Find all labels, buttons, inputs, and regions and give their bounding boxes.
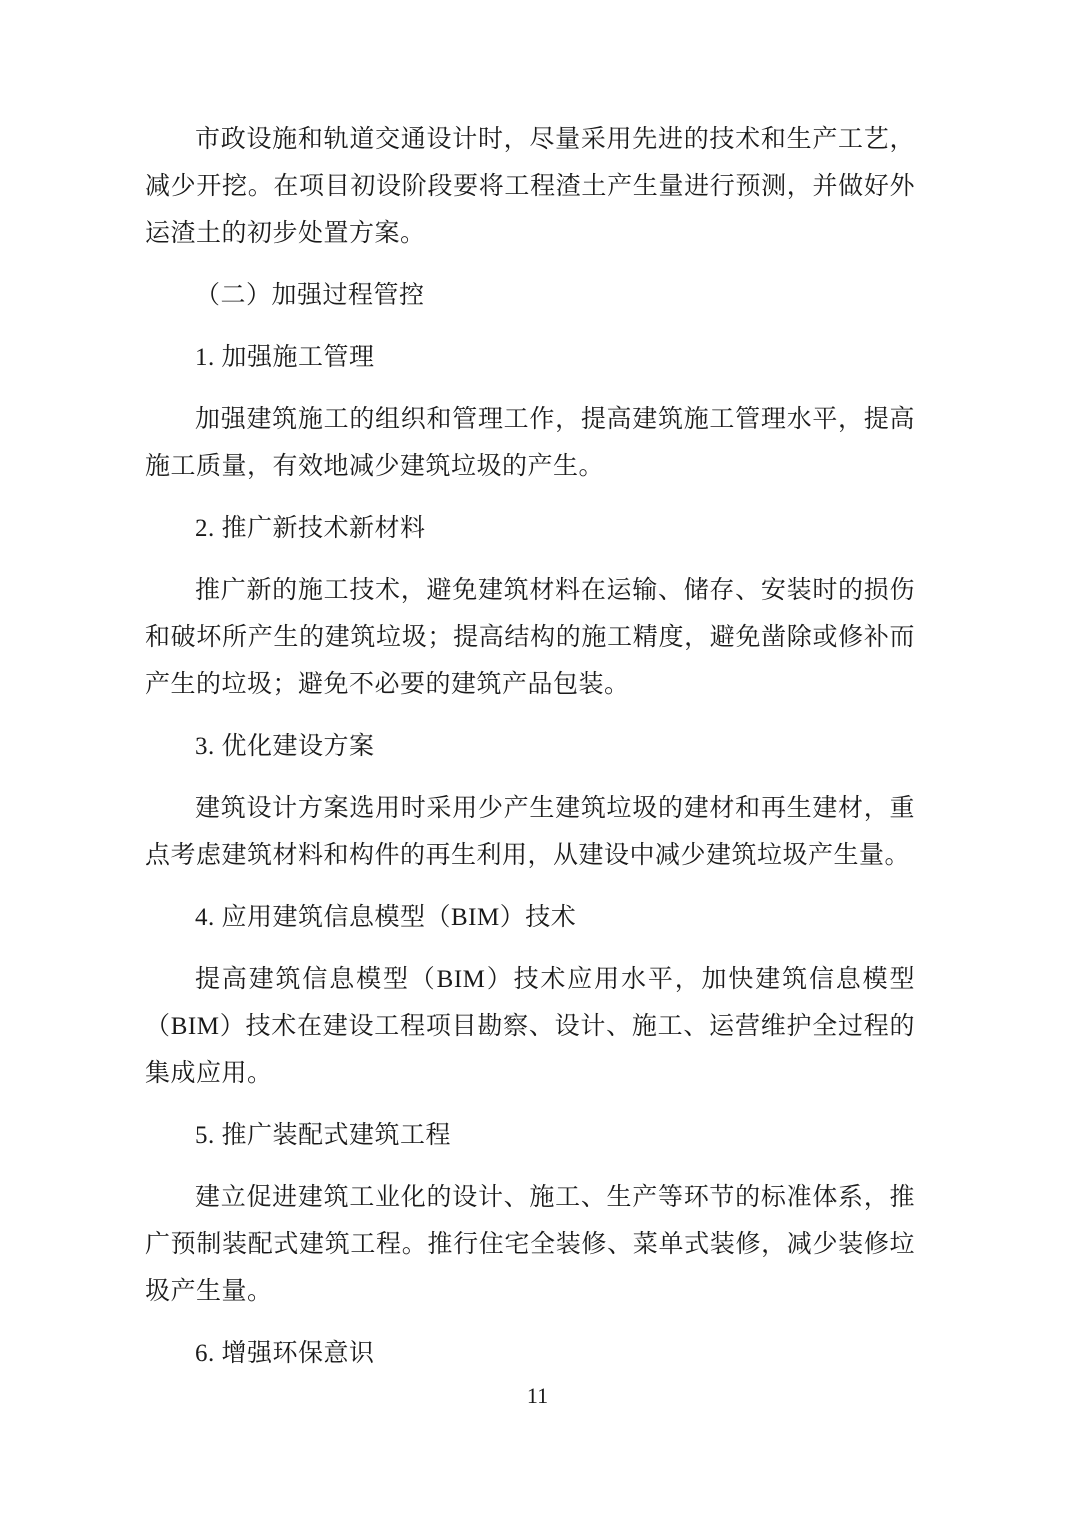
paragraph-construction-management: 加强建筑施工的组织和管理工作，提高建筑施工管理水平，提高施工质量，有效地减少建筑… xyxy=(145,396,915,490)
page-number: 11 xyxy=(0,1381,1075,1411)
paragraph-optimize-construction-plan: 建筑设计方案选用时采用少产生建筑垃圾的建材和再生建材，重点考虑建筑材料和构件的再… xyxy=(145,785,915,879)
document-page: 市政设施和轨道交通设计时，尽量采用先进的技术和生产工艺，减少开挖。在项目初设阶段… xyxy=(0,0,1075,1520)
section-heading-process-control: （二）加强过程管控 xyxy=(145,272,915,319)
paragraph-new-tech-materials: 推广新的施工技术，避免建筑材料在运输、储存、安装时的损伤和破坏所产生的建筑垃圾；… xyxy=(145,567,915,708)
subheading-5-prefabricated-construction: 5. 推广装配式建筑工程 xyxy=(145,1112,915,1159)
paragraph-municipal-design: 市政设施和轨道交通设计时，尽量采用先进的技术和生产工艺，减少开挖。在项目初设阶段… xyxy=(145,116,915,257)
subheading-6-environmental-awareness: 6. 增强环保意识 xyxy=(145,1330,915,1377)
paragraph-bim-technology: 提高建筑信息模型（BIM）技术应用水平，加快建筑信息模型（BIM）技术在建设工程… xyxy=(145,956,915,1097)
document-body: 市政设施和轨道交通设计时，尽量采用先进的技术和生产工艺，减少开挖。在项目初设阶段… xyxy=(145,116,915,1392)
subheading-1-construction-management: 1. 加强施工管理 xyxy=(145,334,915,381)
paragraph-prefabricated-construction: 建立促进建筑工业化的设计、施工、生产等环节的标准体系，推广预制装配式建筑工程。推… xyxy=(145,1174,915,1315)
subheading-4-bim-technology: 4. 应用建筑信息模型（BIM）技术 xyxy=(145,894,915,941)
subheading-3-optimize-construction-plan: 3. 优化建设方案 xyxy=(145,723,915,770)
subheading-2-new-tech-materials: 2. 推广新技术新材料 xyxy=(145,505,915,552)
